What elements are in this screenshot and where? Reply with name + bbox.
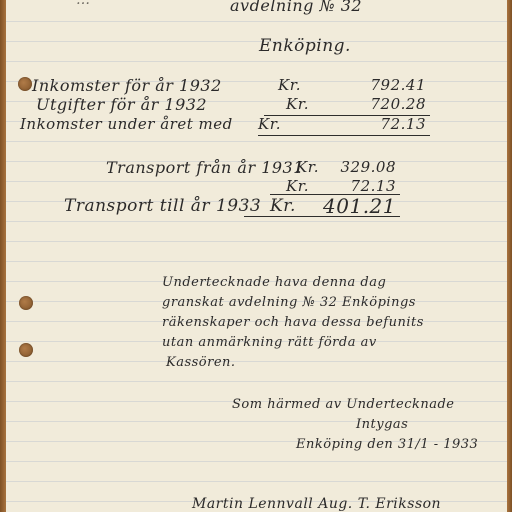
ledger-page: … avdelning № 32 Enköping. Inkomster för… [6, 0, 507, 512]
transport-currency: Kr. [270, 196, 296, 216]
audit-line: granskat avdelning № 32 Enköpings [162, 295, 416, 310]
attestation-line: Intygas [356, 417, 408, 432]
transport-amount: 72.13 [316, 177, 396, 195]
transport-amount: 401.21 [306, 194, 396, 218]
audit-line: Undertecknade hava denna dag [162, 275, 386, 290]
account-amount: 72.13 [346, 115, 426, 133]
account-currency: Kr. [286, 95, 309, 113]
account-label: Utgifter för år 1932 [36, 95, 207, 114]
punch-hole [18, 77, 32, 91]
account-amount: 792.41 [346, 76, 426, 94]
total-rule [258, 135, 430, 136]
punch-hole [19, 343, 33, 357]
location-heading: Enköping. [259, 36, 351, 56]
punch-hole [19, 296, 33, 310]
account-label: Inkomster för år 1932 [32, 76, 222, 95]
transport-currency: Kr. [286, 177, 309, 195]
account-amount: 720.28 [346, 95, 426, 113]
transport-label: Transport från år 1931 [106, 158, 304, 177]
division-heading: avdelning № 32 [230, 0, 362, 15]
audit-line: Kassören. [166, 355, 236, 370]
account-label: Inkomster under året med [20, 115, 233, 133]
audit-line: utan anmärkning rätt förda av [162, 335, 377, 350]
header-fragment: … [76, 0, 91, 8]
transport-label: Transport till år 1933 [64, 196, 261, 216]
place-date: Enköping den 31/1 - 1933 [296, 437, 478, 452]
signatures: Martin Lennvall Aug. T. Eriksson [192, 496, 441, 512]
total-rule [244, 216, 400, 217]
cork-board-edge-right [507, 0, 512, 512]
account-currency: Kr. [278, 76, 301, 94]
transport-amount: 329.08 [316, 158, 396, 176]
audit-line: räkenskaper och hava dessa befunits [162, 315, 424, 330]
account-currency: Kr. [258, 115, 281, 133]
attestation-line: Som härmed av Undertecknade [232, 397, 455, 412]
